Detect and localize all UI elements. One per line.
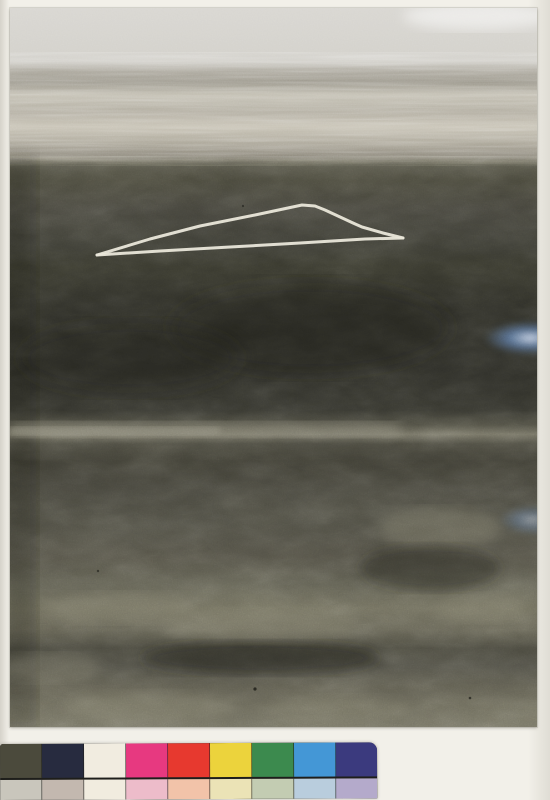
color-swatch bbox=[0, 744, 42, 778]
color-swatch bbox=[126, 743, 168, 777]
photograph-image bbox=[10, 8, 537, 727]
color-swatch bbox=[84, 743, 126, 777]
color-swatch bbox=[0, 780, 42, 800]
color-calibration-bar bbox=[0, 742, 377, 800]
color-bar-row-pastel bbox=[0, 778, 377, 800]
color-swatch bbox=[252, 779, 294, 799]
color-swatch bbox=[210, 743, 252, 777]
color-swatch bbox=[336, 778, 377, 798]
photograph-print bbox=[10, 8, 537, 727]
color-swatch bbox=[336, 742, 377, 776]
color-swatch bbox=[168, 743, 210, 777]
color-swatch bbox=[168, 779, 210, 799]
color-swatch bbox=[210, 779, 252, 799]
color-bar-row-saturated bbox=[0, 742, 377, 780]
color-swatch bbox=[252, 743, 294, 777]
color-swatch bbox=[294, 779, 336, 799]
color-swatch bbox=[42, 780, 84, 800]
color-swatch bbox=[294, 743, 336, 777]
film-grain bbox=[10, 8, 537, 727]
color-swatch bbox=[42, 744, 84, 778]
scan-background bbox=[0, 0, 550, 800]
color-swatch bbox=[126, 779, 168, 799]
color-swatch bbox=[84, 779, 126, 799]
